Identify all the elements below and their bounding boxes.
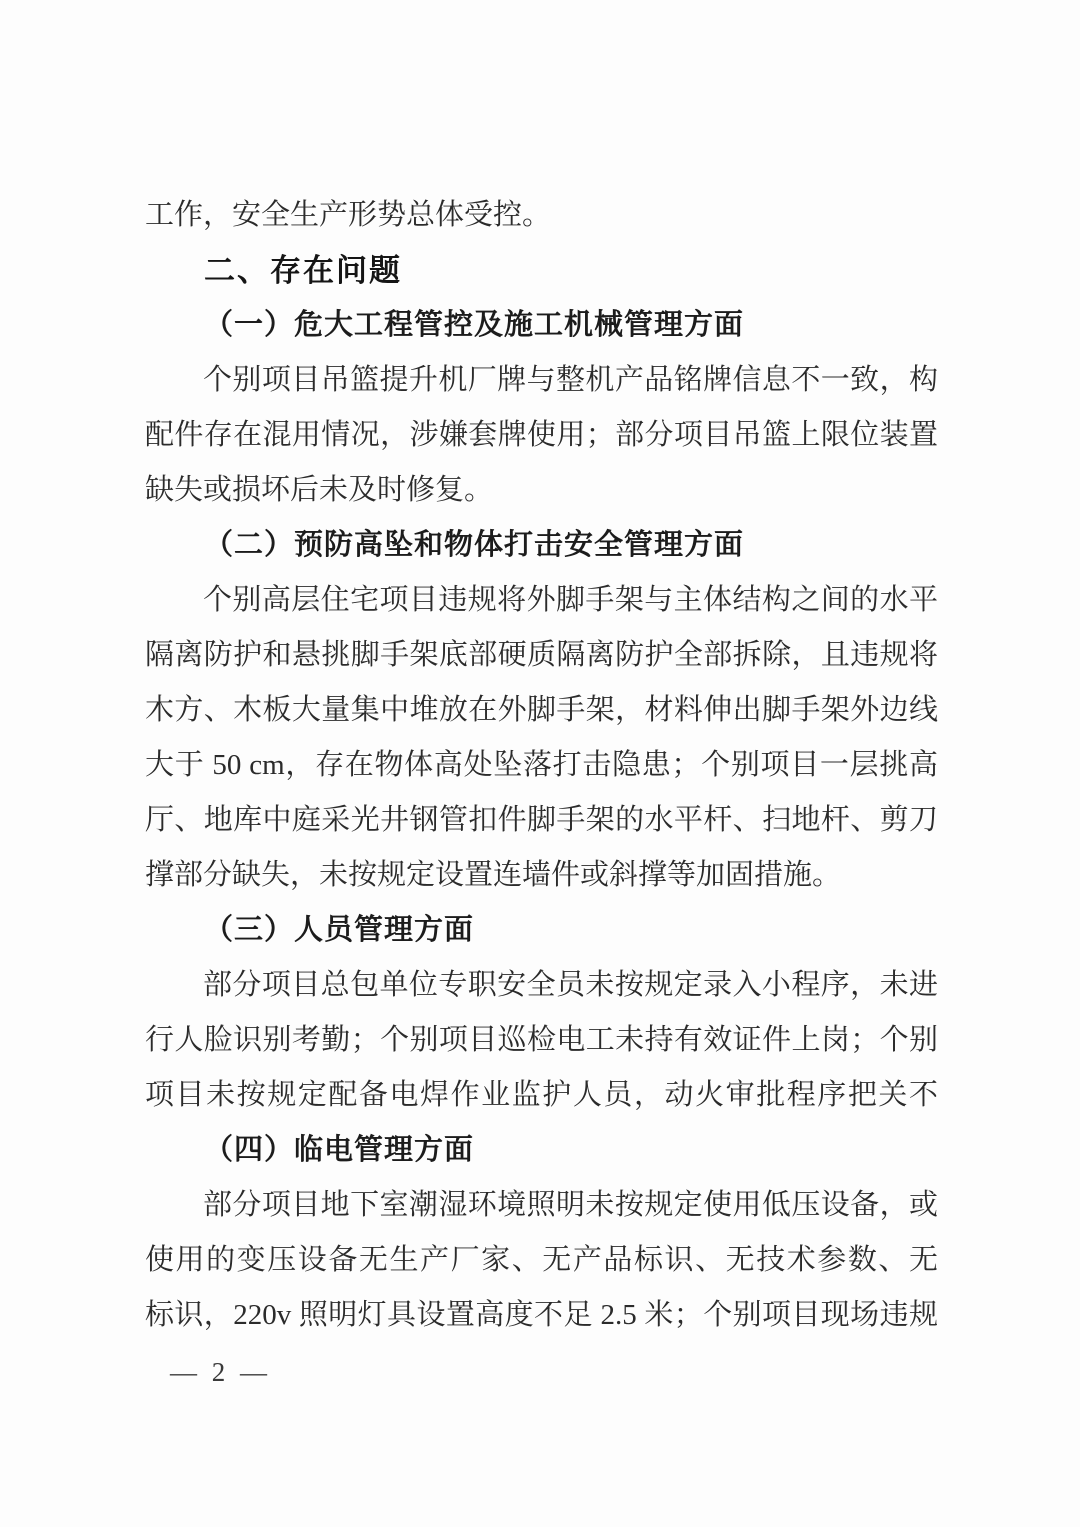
paragraph-line: 木方、木板大量集中堆放在外脚手架，材料伸出脚手架外边线 <box>145 683 938 738</box>
intro-continuation-line: 工作，安全生产形势总体受控。 <box>145 188 938 243</box>
paragraph-line: 标识，220v 照明灯具设置高度不足 2.5 米；个别项目现场违规 <box>145 1288 938 1343</box>
paragraph-line: 撑部分缺失，未按规定设置连墙件或斜撑等加固措施。 <box>145 848 938 903</box>
document-body: 工作，安全生产形势总体受控。 二、存在问题 （一）危大工程管控及施工机械管理方面… <box>145 188 938 1343</box>
subsection-title-3: （三）人员管理方面 <box>145 903 938 958</box>
paragraph-line: 隔离防护和悬挑脚手架底部硬质隔离防护全部拆除，且违规将 <box>145 628 938 683</box>
section-heading: 二、存在问题 <box>145 243 938 298</box>
paragraph-line: 部分项目地下室潮湿环境照明未按规定使用低压设备，或 <box>145 1178 938 1233</box>
paragraph-line: 缺失或损坏后未及时修复。 <box>145 463 938 518</box>
paragraph-line: 使用的变压设备无生产厂家、无产品标识、无技术参数、无 3C <box>145 1233 938 1288</box>
subsection-title-4: （四）临电管理方面 <box>145 1123 938 1178</box>
subsection-title-1: （一）危大工程管控及施工机械管理方面 <box>145 298 938 353</box>
document-page: 工作，安全生产形势总体受控。 二、存在问题 （一）危大工程管控及施工机械管理方面… <box>0 0 1080 1527</box>
paragraph-line: 配件存在混用情况，涉嫌套牌使用；部分项目吊篮上限位装置 <box>145 408 938 463</box>
paragraph-line: 行人脸识别考勤；个别项目巡检电工未持有效证件上岗；个别 <box>145 1013 938 1068</box>
paragraph-line: 个别高层住宅项目违规将外脚手架与主体结构之间的水平 <box>145 573 938 628</box>
paragraph-line: 大于 50 cm，存在物体高处坠落打击隐患；个别项目一层挑高门 <box>145 738 938 793</box>
paragraph-line: 厅、地库中庭采光井钢管扣件脚手架的水平杆、扫地杆、剪刀 <box>145 793 938 848</box>
paragraph-line: 项目未按规定配备电焊作业监护人员，动火审批程序把关不严。 <box>145 1068 938 1123</box>
paragraph-line: 部分项目总包单位专职安全员未按规定录入小程序，未进 <box>145 958 938 1013</box>
subsection-title-2: （二）预防高坠和物体打击安全管理方面 <box>145 518 938 573</box>
page-number: — 2 — <box>170 1350 271 1394</box>
paragraph-line: 个别项目吊篮提升机厂牌与整机产品铭牌信息不一致，构 <box>145 353 938 408</box>
